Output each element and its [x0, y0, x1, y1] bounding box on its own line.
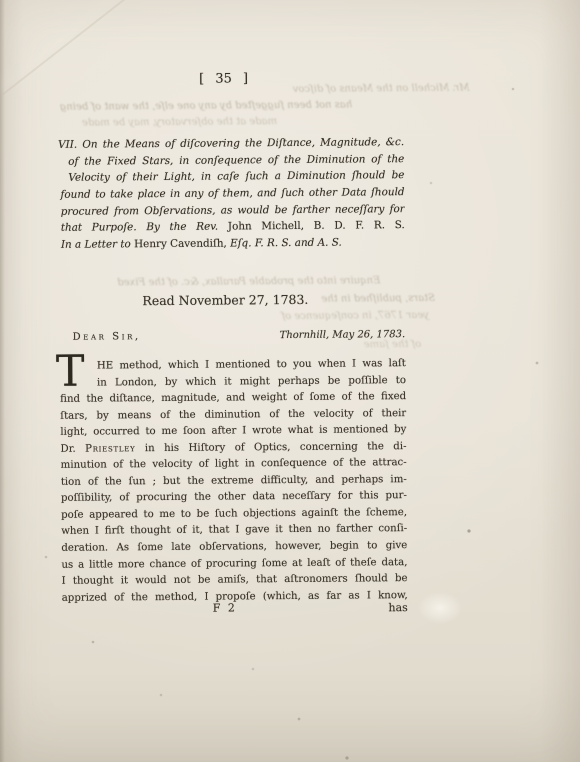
title-line-segment: VII. On the Means of diſcovering the Diſ…: [58, 136, 404, 151]
body-line-segment: in London, by which it might perhaps be …: [97, 375, 406, 388]
showthrough-line: Enquire into the probable Parallax, &c. …: [117, 275, 380, 288]
body-line-segment: deration. As ſome late obſervations, how…: [61, 540, 407, 554]
body-line-segment: us a little more chance of procuring ſom…: [61, 557, 407, 571]
title-line-segment: of the Fixed Stars, in conſequence of th…: [68, 153, 404, 168]
body-line-segment: in his Hiſtory of Optics, concerning the…: [135, 441, 406, 454]
body-line-segment: I thought it would not be amiſs, that aſ…: [62, 573, 408, 587]
article-title: VII. On the Means of diſcovering the Diſ…: [58, 134, 405, 254]
body-line: HE method, which I mentioned to you when…: [60, 356, 406, 375]
title-line-segment: John Michell, B. D. F. R. S.: [228, 220, 405, 233]
body-line-segment: Dr.: [60, 443, 85, 454]
title-line-segment: Eſq. F. R. S. and A. S.: [227, 237, 342, 250]
body-line-segment: HE method, which I mentioned to you when…: [97, 358, 406, 371]
catchword: has: [388, 601, 407, 614]
body-line-segment: ſtars, by means of the diminution of the…: [60, 408, 406, 422]
footer-row: F 2 has: [62, 600, 408, 619]
body-line-segment: light, occurred to me ſoon after I wrote…: [60, 424, 406, 438]
body-line-segment: tion of the ſun ; but the extreme diffic…: [61, 474, 407, 488]
letter-body: HE method, which I mentioned to you when…: [60, 356, 408, 607]
scanned-page: Mr. Michell on the Means of diſcovhas no…: [0, 0, 580, 762]
title-line: that Purpoſe. By the Rev. John Michell, …: [59, 218, 405, 237]
showthrough-line: made at the obſervatory, may be made: [82, 116, 277, 129]
title-line: In a Letter to Henry Cavendiſh, Eſq. F. …: [59, 234, 405, 253]
page-number-header: [ 35 ]: [0, 70, 450, 89]
body-line-segment: minution of the velocity of light in con…: [61, 457, 407, 471]
read-date-line: Read November 27, 1783.: [0, 291, 451, 310]
body-line-segment: find the diſtance, magnitude, and weight…: [60, 391, 406, 405]
salutation: Dear Sir,: [73, 331, 141, 343]
salutation-row: Dear Sir, Thornhill, May 26, 1783.: [60, 329, 406, 349]
dateline: Thornhill, May 26, 1783.: [280, 329, 406, 341]
showthrough-line: has not been ſuggeſted by any one elſe, …: [60, 100, 352, 113]
body-line-segment: when I firſt thought of it, that I gave …: [61, 524, 407, 538]
page-content: Mr. Michell on the Means of diſcovhas no…: [0, 0, 580, 762]
signature-mark: F 2: [51, 600, 397, 616]
title-line-segment: that Purpoſe. By the Rev.: [61, 221, 228, 234]
title-line-segment: In a Letter to: [61, 238, 134, 251]
body-line-segment: poſſibility, of procuring the other data…: [61, 490, 407, 504]
body-line-segment: Priestley: [85, 443, 135, 454]
title-line-segment: Velocity of their Light, in caſe ſuch a …: [68, 169, 404, 184]
showthrough-line: year 1767, in conſequence of: [281, 310, 429, 322]
title-line-segment: procured from Obſervations, as would be …: [61, 203, 405, 218]
body-line-segment: poſe appeared to me to be ſuch objection…: [61, 507, 407, 521]
title-line-segment: Henry Cavendiſh,: [134, 238, 227, 251]
